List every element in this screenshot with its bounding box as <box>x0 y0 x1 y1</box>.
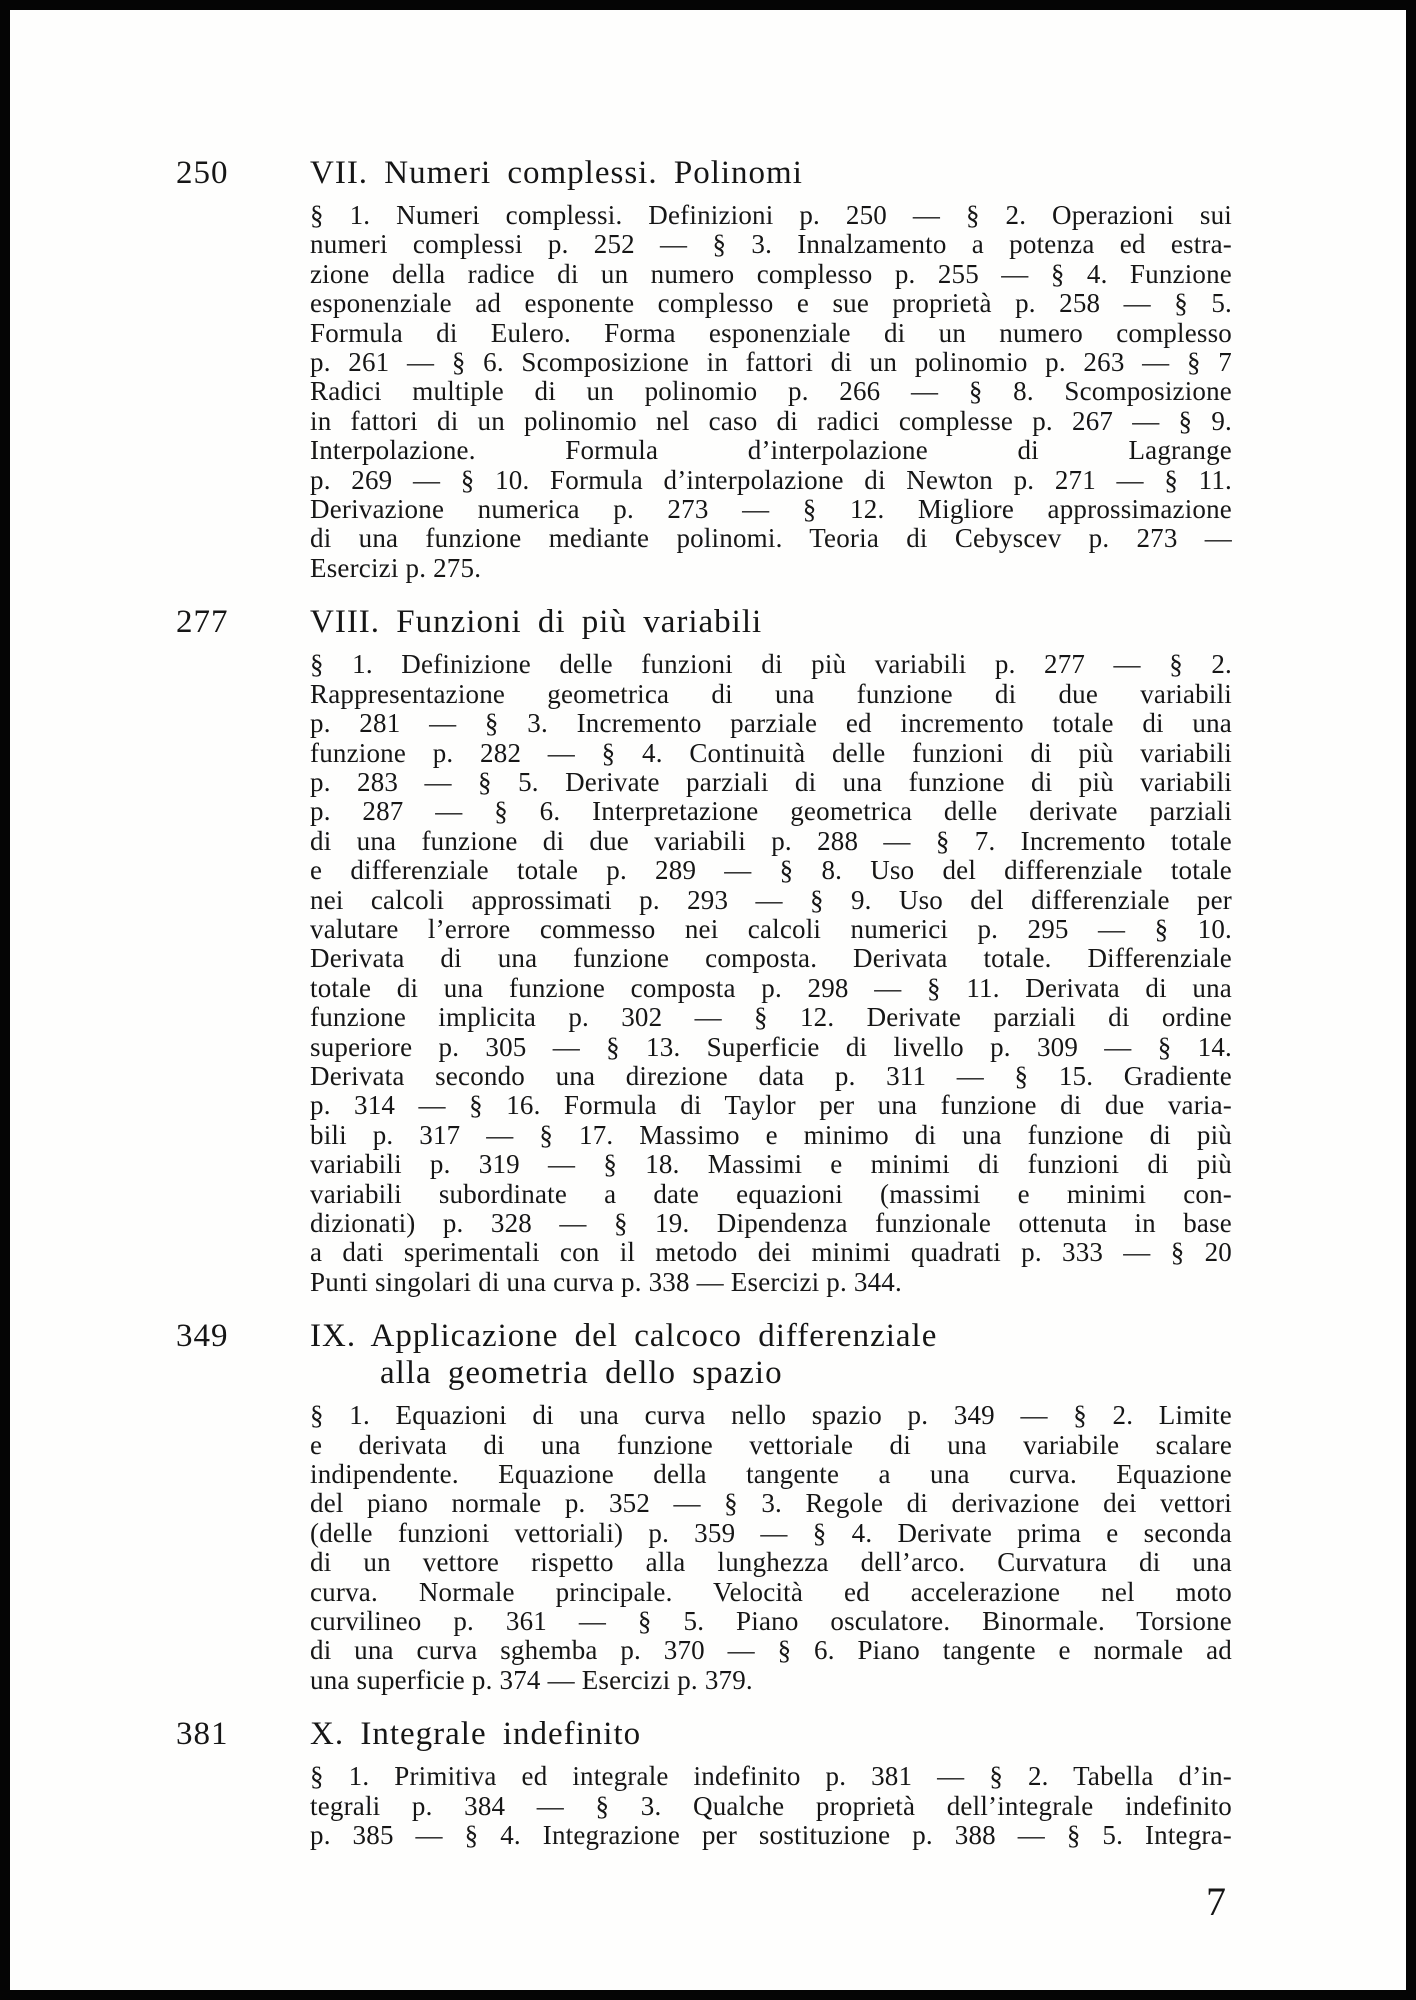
summary-line: dizionati) p. 328 — § 19. Dipendenza fun… <box>310 1209 1232 1238</box>
summary-line: funzione implicita p. 302 — § 12. Deriva… <box>310 1003 1232 1032</box>
chapter-text-column: IX. Applicazione del calcoco differenzia… <box>310 1318 1232 1695</box>
chapter-title-line: VIII. Funzioni di più variabili <box>310 604 1232 641</box>
chapter-title-line: VII. Numeri complessi. Polinomi <box>310 155 1232 192</box>
scanned-book-page: 250VII. Numeri complessi. Polinomi§ 1. N… <box>0 0 1416 2000</box>
chapter-text-column: VIII. Funzioni di più variabili§ 1. Defi… <box>310 604 1232 1297</box>
summary-line: Esercizi p. 275. <box>310 554 1232 583</box>
summary-line: di una funzione mediante polinomi. Teori… <box>310 524 1232 553</box>
summary-line: (delle funzioni vettoriali) p. 359 — § 4… <box>310 1519 1232 1548</box>
folio-page-number: 7 <box>1206 1882 1226 1922</box>
summary-line: una superficie p. 374 — Esercizi p. 379. <box>310 1666 1232 1695</box>
summary-line: Interpolazione. Formula d’interpolazione… <box>310 436 1232 465</box>
summary-line: § 1. Primitiva ed integrale indefinito p… <box>310 1762 1232 1791</box>
summary-line: indipendente. Equazione della tangente a… <box>310 1460 1232 1489</box>
chapter-text-column: X. Integrale indefinito§ 1. Primitiva ed… <box>310 1716 1232 1850</box>
summary-line: § 1. Equazioni di una curva nello spazio… <box>310 1401 1232 1430</box>
toc-section: 349IX. Applicazione del calcoco differen… <box>176 1318 1406 1695</box>
summary-line: Radici multiple di un polinomio p. 266 —… <box>310 377 1232 406</box>
summary-line: p. 283 — § 5. Derivate parziali di una f… <box>310 768 1232 797</box>
chapter-start-page: 277 <box>176 604 310 641</box>
summary-line: variabili p. 319 — § 18. Massimi e minim… <box>310 1150 1232 1179</box>
summary-line: p. 314 — § 16. Formula di Taylor per una… <box>310 1091 1232 1120</box>
summary-line: di un vettore rispetto alla lunghezza de… <box>310 1548 1232 1577</box>
toc-section: 381X. Integrale indefinito§ 1. Primitiva… <box>176 1716 1406 1850</box>
summary-line: Derivata secondo una direzione data p. 3… <box>310 1062 1232 1091</box>
summary-line: di una funzione di due variabili p. 288 … <box>310 827 1232 856</box>
toc-section: 277VIII. Funzioni di più variabili§ 1. D… <box>176 604 1406 1297</box>
summary-line: p. 269 — § 10. Formula d’interpolazione … <box>310 466 1232 495</box>
summary-line: Formula di Eulero. Forma esponenziale di… <box>310 319 1232 348</box>
summary-line: p. 287 — § 6. Interpretazione geometrica… <box>310 797 1232 826</box>
toc-section: 250VII. Numeri complessi. Polinomi§ 1. N… <box>176 155 1406 583</box>
summary-line: Punti singolari di una curva p. 338 — Es… <box>310 1268 1232 1297</box>
chapter-start-page: 381 <box>176 1716 310 1753</box>
chapter-summary: § 1. Equazioni di una curva nello spazio… <box>310 1401 1232 1695</box>
chapter-title-line: alla geometria dello spazio <box>310 1355 1232 1392</box>
chapter-title: X. Integrale indefinito <box>310 1716 1232 1753</box>
summary-line: numeri complessi p. 252 — § 3. Innalzame… <box>310 230 1232 259</box>
summary-line: Derivazione numerica p. 273 — § 12. Migl… <box>310 495 1232 524</box>
summary-line: di una curva sghemba p. 370 — § 6. Piano… <box>310 1636 1232 1665</box>
chapter-summary: § 1. Definizione delle funzioni di più v… <box>310 650 1232 1297</box>
summary-line: Derivata di una funzione composta. Deriv… <box>310 944 1232 973</box>
chapter-title-line: IX. Applicazione del calcoco differenzia… <box>310 1318 1232 1355</box>
chapter-start-page: 250 <box>176 155 310 192</box>
summary-line: tegrali p. 384 — § 3. Qualche proprietà … <box>310 1792 1232 1821</box>
summary-line: Rappresentazione geometrica di una funzi… <box>310 680 1232 709</box>
summary-line: p. 281 — § 3. Incremento parziale ed inc… <box>310 709 1232 738</box>
summary-line: variabili subordinate a date equazioni (… <box>310 1180 1232 1209</box>
summary-line: in fattori di un polinomio nel caso di r… <box>310 407 1232 436</box>
chapter-start-page: 349 <box>176 1318 310 1355</box>
summary-line: § 1. Definizione delle funzioni di più v… <box>310 650 1232 679</box>
summary-line: § 1. Numeri complessi. Definizioni p. 25… <box>310 201 1232 230</box>
chapter-text-column: VII. Numeri complessi. Polinomi§ 1. Nume… <box>310 155 1232 583</box>
chapter-summary: § 1. Primitiva ed integrale indefinito p… <box>310 1762 1232 1850</box>
summary-line: valutare l’errore commesso nei calcoli n… <box>310 915 1232 944</box>
summary-line: a dati sperimentali con il metodo dei mi… <box>310 1238 1232 1267</box>
summary-line: e differenziale totale p. 289 — § 8. Uso… <box>310 856 1232 885</box>
summary-line: curva. Normale principale. Velocità ed a… <box>310 1578 1232 1607</box>
summary-line: esponenziale ad esponente complesso e su… <box>310 289 1232 318</box>
summary-line: curvilineo p. 361 — § 5. Piano osculator… <box>310 1607 1232 1636</box>
chapter-title: VII. Numeri complessi. Polinomi <box>310 155 1232 192</box>
summary-line: bili p. 317 — § 17. Massimo e minimo di … <box>310 1121 1232 1150</box>
summary-line: nei calcoli approssimati p. 293 — § 9. U… <box>310 886 1232 915</box>
chapter-title: VIII. Funzioni di più variabili <box>310 604 1232 641</box>
summary-line: p. 385 — § 4. Integrazione per sostituzi… <box>310 1821 1232 1850</box>
summary-line: del piano normale p. 352 — § 3. Regole d… <box>310 1489 1232 1518</box>
summary-line: totale di una funzione composta p. 298 —… <box>310 974 1232 1003</box>
summary-line: funzione p. 282 — § 4. Continuità delle … <box>310 739 1232 768</box>
summary-line: e derivata di una funzione vettoriale di… <box>310 1431 1232 1460</box>
chapter-summary: § 1. Numeri complessi. Definizioni p. 25… <box>310 201 1232 583</box>
summary-line: p. 261 — § 6. Scomposizione in fattori d… <box>310 348 1232 377</box>
summary-line: superiore p. 305 — § 13. Superficie di l… <box>310 1033 1232 1062</box>
summary-line: zione della radice di un numero compless… <box>310 260 1232 289</box>
chapter-title: IX. Applicazione del calcoco differenzia… <box>310 1318 1232 1392</box>
chapter-title-line: X. Integrale indefinito <box>310 1716 1232 1753</box>
toc-sections: 250VII. Numeri complessi. Polinomi§ 1. N… <box>10 10 1406 1851</box>
